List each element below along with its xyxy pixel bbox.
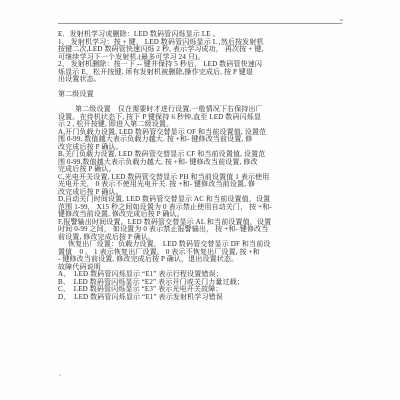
scan-artifact-bottom-left	[59, 374, 61, 376]
header-rule	[58, 23, 342, 24]
document-text-block: E．发射机学习或删除：LED 数码管闪烁显示 LE 。1、 发射机学习：按 + …	[58, 31, 350, 301]
scan-artifact-top-right	[340, 19, 343, 21]
document-line: D、 LED 数码管闪烁显示 “E1” 表示发射机学习错误	[58, 294, 350, 302]
document-line: 出设置状态。	[58, 76, 350, 84]
document-line: 第二级设置	[58, 91, 350, 99]
document-page: E．发射机学习或删除：LED 数码管闪烁显示 LE 。1、 发射机学习：按 + …	[0, 0, 400, 400]
document-line: - 键修改当前设置, 修改完成后按 P 确认，退出设置状态。	[58, 256, 350, 264]
document-line: 烁显示 E，松开按键, 所有发射机被删除,操作完成后, 按 P 键退	[58, 69, 350, 77]
document-line	[58, 84, 350, 92]
